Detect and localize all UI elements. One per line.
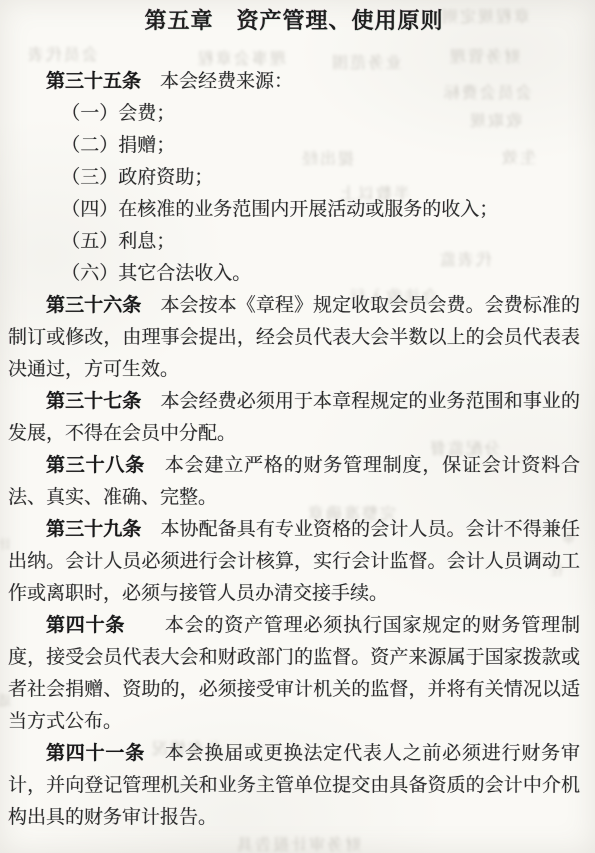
list-item-6-text: （六）其它合法收入。	[61, 263, 251, 284]
list-item-3: （三）政府资助；	[8, 162, 580, 194]
list-item-2: （二）捐赠；	[8, 130, 580, 162]
article-38: 第三十八条 本会建立严格的财务管理制度，保证会计资料合法、真实、准确、完整。	[8, 450, 580, 514]
list-item-5: （五）利息；	[8, 226, 580, 258]
article-41: 第四十一条 本会换届或更换法定代表人之前必须进行财务审计，并向登记管理机关和业务…	[8, 738, 580, 834]
article-35-number: 第三十五条	[46, 71, 141, 92]
document-body: 第五章 资产管理、使用原则 第三十五条 本会经费来源： （一）会费； （二）捐赠…	[8, 0, 580, 834]
bleed-through-artifact: 财务审计报告具	[235, 832, 361, 853]
article-39-number: 第三十九条	[46, 519, 141, 540]
article-41-number: 第四十一条	[46, 743, 145, 764]
article-40-number: 第四十条	[46, 615, 125, 636]
list-item-5-text: （五）利息；	[61, 231, 175, 252]
list-item-6: （六）其它合法收入。	[8, 258, 580, 290]
article-40: 第四十条 本会的资产管理必须执行国家规定的财务管理制度，接受会员代表大会和财政部…	[8, 610, 580, 738]
article-39: 第三十九条 本协配备具有专业资格的会计人员。会计不得兼任出纳。会计人员必须进行会…	[8, 514, 580, 610]
article-36-number: 第三十六条	[46, 295, 141, 316]
list-item-1: （一）会费；	[8, 98, 580, 130]
list-item-4: （四）在核准的业务范围内开展活动或服务的收入；	[8, 194, 580, 226]
article-35: 第三十五条 本会经费来源：	[8, 66, 580, 98]
article-37-number: 第三十七条	[46, 391, 141, 412]
list-item-3-text: （三）政府资助；	[61, 167, 213, 188]
chapter-title: 第五章 资产管理、使用原则	[8, 6, 580, 36]
scanned-document-page: 章程规定则 会员代表 理事会章程 业务范围 财务管理 会员会费标 收取规 提出经…	[0, 0, 595, 853]
article-37: 第三十七条 本会经费必须用于本章程规定的业务范围和事业的发展，不得在会员中分配。	[8, 386, 580, 450]
list-item-4-text: （四）在核准的业务范围内开展活动或服务的收入；	[61, 199, 498, 220]
article-38-number: 第三十八条	[46, 455, 145, 476]
list-item-2-text: （二）捐赠；	[61, 135, 175, 156]
article-36: 第三十六条 本会按本《章程》规定收取会员会费。会费标准的制订或修改，由理事会提出…	[8, 290, 580, 386]
article-35-text: 本会经费来源：	[141, 71, 293, 92]
list-item-1-text: （一）会费；	[61, 103, 175, 124]
